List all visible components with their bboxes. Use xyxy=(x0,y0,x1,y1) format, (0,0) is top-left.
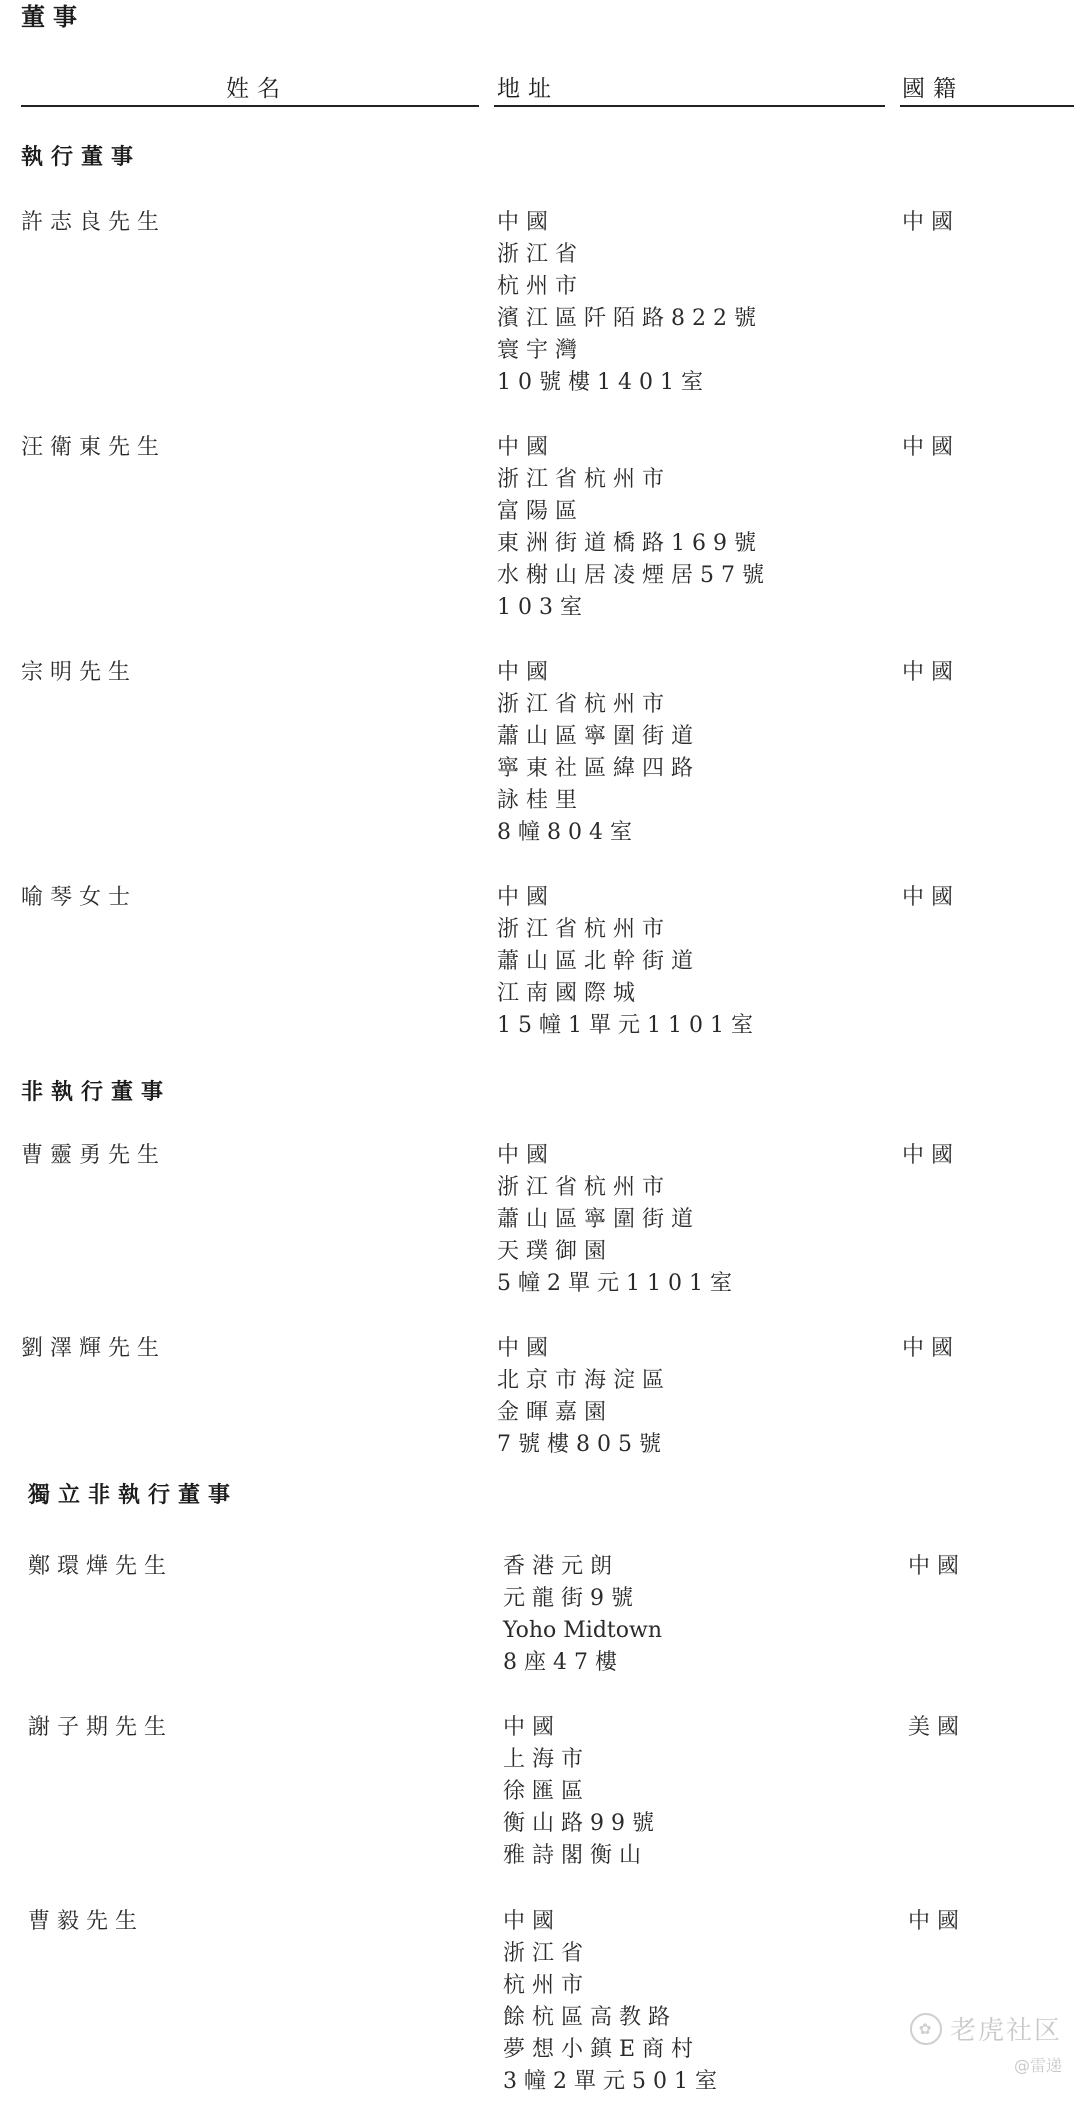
address-line: 衡山路99號 xyxy=(503,1808,661,1840)
director-nationality: 中國 xyxy=(902,657,960,689)
address-line: 中國 xyxy=(503,1906,724,1938)
director-nationality: 中國 xyxy=(902,1140,960,1172)
director-nationality: 中國 xyxy=(902,432,960,464)
address-line: 詠桂里 xyxy=(497,785,700,817)
header-rule-name xyxy=(21,105,479,107)
address-line: 浙江省 xyxy=(497,239,763,271)
address-line: 15幢1單元1101室 xyxy=(497,1010,760,1042)
column-header-nationality: 國籍 xyxy=(902,74,964,104)
address-line: 浙江省杭州市 xyxy=(497,1172,739,1204)
address-line: 10號樓1401室 xyxy=(497,367,763,399)
address-line: 中國 xyxy=(503,1712,661,1744)
director-address: 中國 北京市海淀區 金暉嘉園 7號樓805號 xyxy=(497,1333,671,1461)
column-header-name: 姓名 xyxy=(226,74,288,104)
address-line: 8幢804室 xyxy=(497,817,700,849)
director-name: 曹靈勇先生 xyxy=(21,1140,166,1172)
address-line: 中國 xyxy=(497,1140,739,1172)
address-line: 寧東社區緯四路 xyxy=(497,753,700,785)
director-nationality: 中國 xyxy=(908,1551,966,1583)
director-address: 中國 浙江省杭州市 蕭山區寧圍街道 天璞御園 5幢2單元1101室 xyxy=(497,1140,739,1300)
director-nationality: 美國 xyxy=(908,1712,966,1744)
director-address: 中國 上海市 徐匯區 衡山路99號 雅詩閣衡山 xyxy=(503,1712,661,1872)
address-line: 杭州市 xyxy=(497,271,763,303)
director-address: 中國 浙江省 杭州市 濱江區阡陌路822號 寰宇灣 10號樓1401室 xyxy=(497,207,763,399)
address-line: 中國 xyxy=(497,432,771,464)
address-line: 天璞御園 xyxy=(497,1236,739,1268)
director-name: 汪衛東先生 xyxy=(21,432,166,464)
director-address: 中國 浙江省 杭州市 餘杭區高教路 夢想小鎮E商村 3幢2單元501室 xyxy=(503,1906,724,2098)
address-line: 富陽區 xyxy=(497,496,771,528)
address-line: 杭州市 xyxy=(503,1970,724,2002)
address-line: 中國 xyxy=(497,207,763,239)
director-name: 宗明先生 xyxy=(21,657,137,689)
address-line: 浙江省杭州市 xyxy=(497,464,771,496)
address-line: 香港元朗 xyxy=(503,1551,662,1583)
address-line: 上海市 xyxy=(503,1744,661,1776)
director-address: 中國 浙江省杭州市 蕭山區寧圍街道 寧東社區緯四路 詠桂里 8幢804室 xyxy=(497,657,700,849)
address-line: 8座47樓 xyxy=(503,1647,662,1679)
address-line: 寰宇灣 xyxy=(497,335,763,367)
watermark: ✿ 老虎社区 @雷递 xyxy=(910,2010,1062,2076)
section-title-non-executive-directors: 非執行董事 xyxy=(21,1078,171,1108)
director-name: 鄭環燁先生 xyxy=(28,1551,173,1583)
director-nationality: 中國 xyxy=(902,882,960,914)
director-name: 曹毅先生 xyxy=(28,1906,144,1938)
column-header-address: 地址 xyxy=(497,74,559,104)
director-nationality: 中國 xyxy=(902,207,960,239)
address-line: 中國 xyxy=(497,882,760,914)
address-line: 蕭山區寧圍街道 xyxy=(497,1204,739,1236)
address-line: 江南國際城 xyxy=(497,978,760,1010)
address-line: 雅詩閣衡山 xyxy=(503,1840,661,1872)
director-nationality: 中國 xyxy=(902,1333,960,1365)
address-line: 103室 xyxy=(497,592,771,624)
director-name: 劉澤輝先生 xyxy=(21,1333,166,1365)
tiger-community-logo-icon: ✿ xyxy=(910,2013,942,2045)
address-line: 水榭山居凌煙居57號 xyxy=(497,560,771,592)
director-address: 香港元朗 元龍街9號 Yoho Midtown 8座47樓 xyxy=(503,1551,662,1679)
director-name: 許志良先生 xyxy=(21,207,166,239)
address-line: 浙江省 xyxy=(503,1938,724,1970)
address-line: 濱江區阡陌路822號 xyxy=(497,303,763,335)
director-address: 中國 浙江省杭州市 富陽區 東洲街道橋路169號 水榭山居凌煙居57號 103室 xyxy=(497,432,771,624)
address-line: 夢想小鎮E商村 xyxy=(503,2034,724,2066)
address-line: 蕭山區寧圍街道 xyxy=(497,721,700,753)
watermark-brand: 老虎社区 xyxy=(950,2010,1062,2047)
address-line: 東洲街道橋路169號 xyxy=(497,528,771,560)
address-line: 北京市海淀區 xyxy=(497,1365,671,1397)
watermark-brand-row: ✿ 老虎社区 xyxy=(910,2010,1062,2047)
header-rule-address xyxy=(494,105,885,107)
address-line: 7號樓805號 xyxy=(497,1429,671,1461)
header-rule-nationality xyxy=(900,105,1074,107)
address-line: 蕭山區北幹街道 xyxy=(497,946,760,978)
section-title-independent-non-executive-directors: 獨立非執行董事 xyxy=(28,1481,238,1511)
address-line: 浙江省杭州市 xyxy=(497,914,760,946)
address-line: 徐匯區 xyxy=(503,1776,661,1808)
page-title: 董事 xyxy=(21,2,85,32)
address-line: Yoho Midtown xyxy=(503,1615,662,1647)
director-address: 中國 浙江省杭州市 蕭山區北幹街道 江南國際城 15幢1單元1101室 xyxy=(497,882,760,1042)
director-nationality: 中國 xyxy=(908,1906,966,1938)
address-line: 5幢2單元1101室 xyxy=(497,1268,739,1300)
address-line: 中國 xyxy=(497,1333,671,1365)
address-line: 金暉嘉園 xyxy=(497,1397,671,1429)
director-name: 謝子期先生 xyxy=(28,1712,173,1744)
section-title-executive-directors: 執行董事 xyxy=(21,143,141,173)
address-line: 餘杭區高教路 xyxy=(503,2002,724,2034)
address-line: 中國 xyxy=(497,657,700,689)
address-line: 3幢2單元501室 xyxy=(503,2066,724,2098)
watermark-author: @雷递 xyxy=(910,2053,1062,2076)
address-line: 元龍街9號 xyxy=(503,1583,662,1615)
address-line: 浙江省杭州市 xyxy=(497,689,700,721)
director-name: 喻琴女士 xyxy=(21,882,137,914)
